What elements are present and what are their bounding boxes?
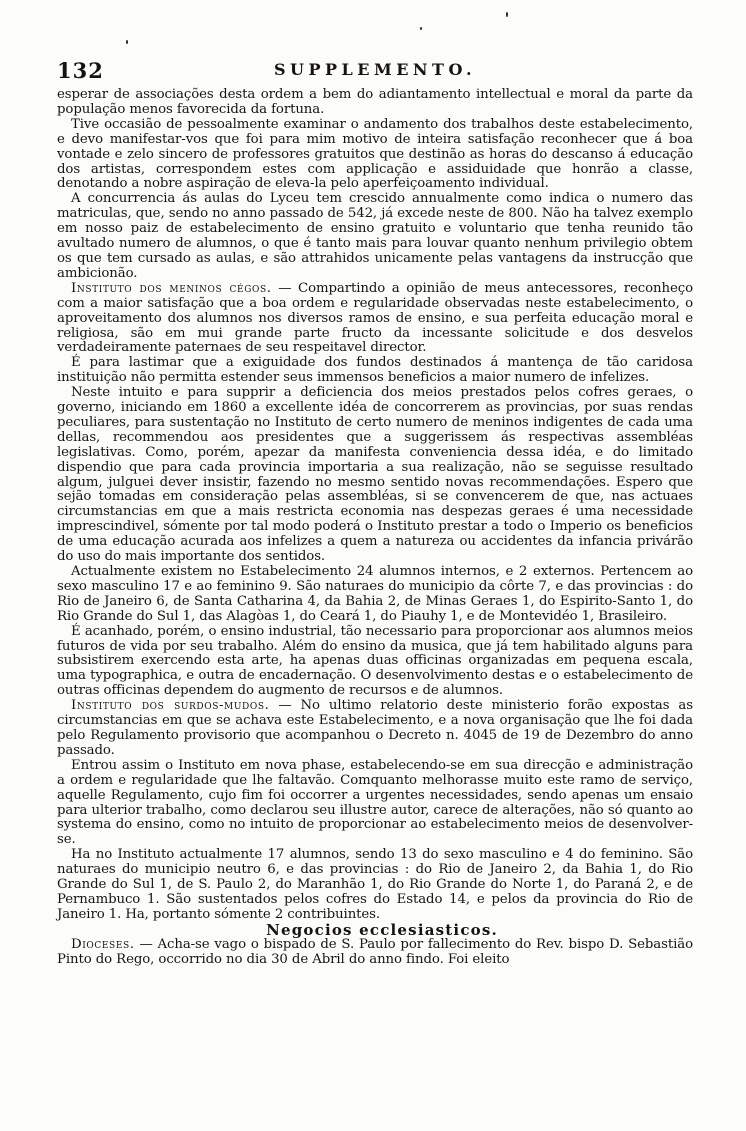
- paragraph-8: É acanhado, porém, o ensino industrial, …: [57, 625, 693, 700]
- document-page: 132 SUPPLEMENTO. esperar de associações …: [0, 0, 746, 1131]
- paragraph-6: Neste intuito e para supprir a deficienc…: [57, 386, 693, 565]
- paragraph-2: Tive occasião de pessoalmente examinar o…: [57, 118, 693, 193]
- paragraph-text: Ha no Instituto actualmente 17 alumnos, …: [57, 847, 693, 922]
- paragraph-1: esperar de associações desta ordem a bem…: [57, 88, 693, 118]
- paragraph-text: É para lastimar que a exiguidade dos fun…: [57, 355, 693, 385]
- running-title: SUPPLEMENTO.: [57, 60, 693, 79]
- paragraph-text: Neste intuito e para supprir a deficienc…: [57, 385, 693, 564]
- paragraph-12: Dioceses. — Acha-se vago o bispado de S.…: [57, 938, 693, 968]
- paragraph-7: Actualmente existem no Estabelecimento 2…: [57, 565, 693, 625]
- paragraph-9: Instituto dos surdos-mudos. — No ultimo …: [57, 699, 693, 759]
- scan-speck: [506, 12, 508, 17]
- paragraph-lead: Instituto dos surdos-mudos.: [71, 698, 269, 713]
- page-header: 132 SUPPLEMENTO.: [57, 50, 693, 82]
- paragraph-5: É para lastimar que a exiguidade dos fun…: [57, 356, 693, 386]
- scan-speck: [420, 27, 422, 30]
- section-heading: Negocios ecclesiasticos.: [57, 923, 693, 938]
- paragraph-text: Entrou assim o Instituto em nova phase, …: [57, 758, 693, 848]
- paragraph-lead: Dioceses.: [71, 937, 135, 952]
- paragraph-3: A concurrencia ás aulas do Lyceu tem cre…: [57, 192, 693, 281]
- paragraph-lead: Instituto dos meninos cégos.: [71, 281, 272, 296]
- paragraph-text: — Acha-se vago o bispado de S. Paulo por…: [57, 937, 693, 967]
- paragraph-text: A concurrencia ás aulas do Lyceu tem cre…: [57, 191, 693, 281]
- paragraph-text: esperar de associações desta ordem a bem…: [57, 87, 693, 117]
- page-body: esperar de associações desta ordem a bem…: [57, 88, 693, 967]
- paragraph-11: Ha no Instituto actualmente 17 alumnos, …: [57, 848, 693, 923]
- paragraph-text: É acanhado, porém, o ensino industrial, …: [57, 624, 693, 699]
- paragraph-4: Instituto dos meninos cégos. — Compartin…: [57, 282, 693, 357]
- scan-speck: [126, 40, 128, 44]
- paragraph-text: Actualmente existem no Estabelecimento 2…: [57, 564, 693, 624]
- paragraph-10: Entrou assim o Instituto em nova phase, …: [57, 759, 693, 848]
- paragraph-text: Tive occasião de pessoalmente examinar o…: [57, 117, 693, 192]
